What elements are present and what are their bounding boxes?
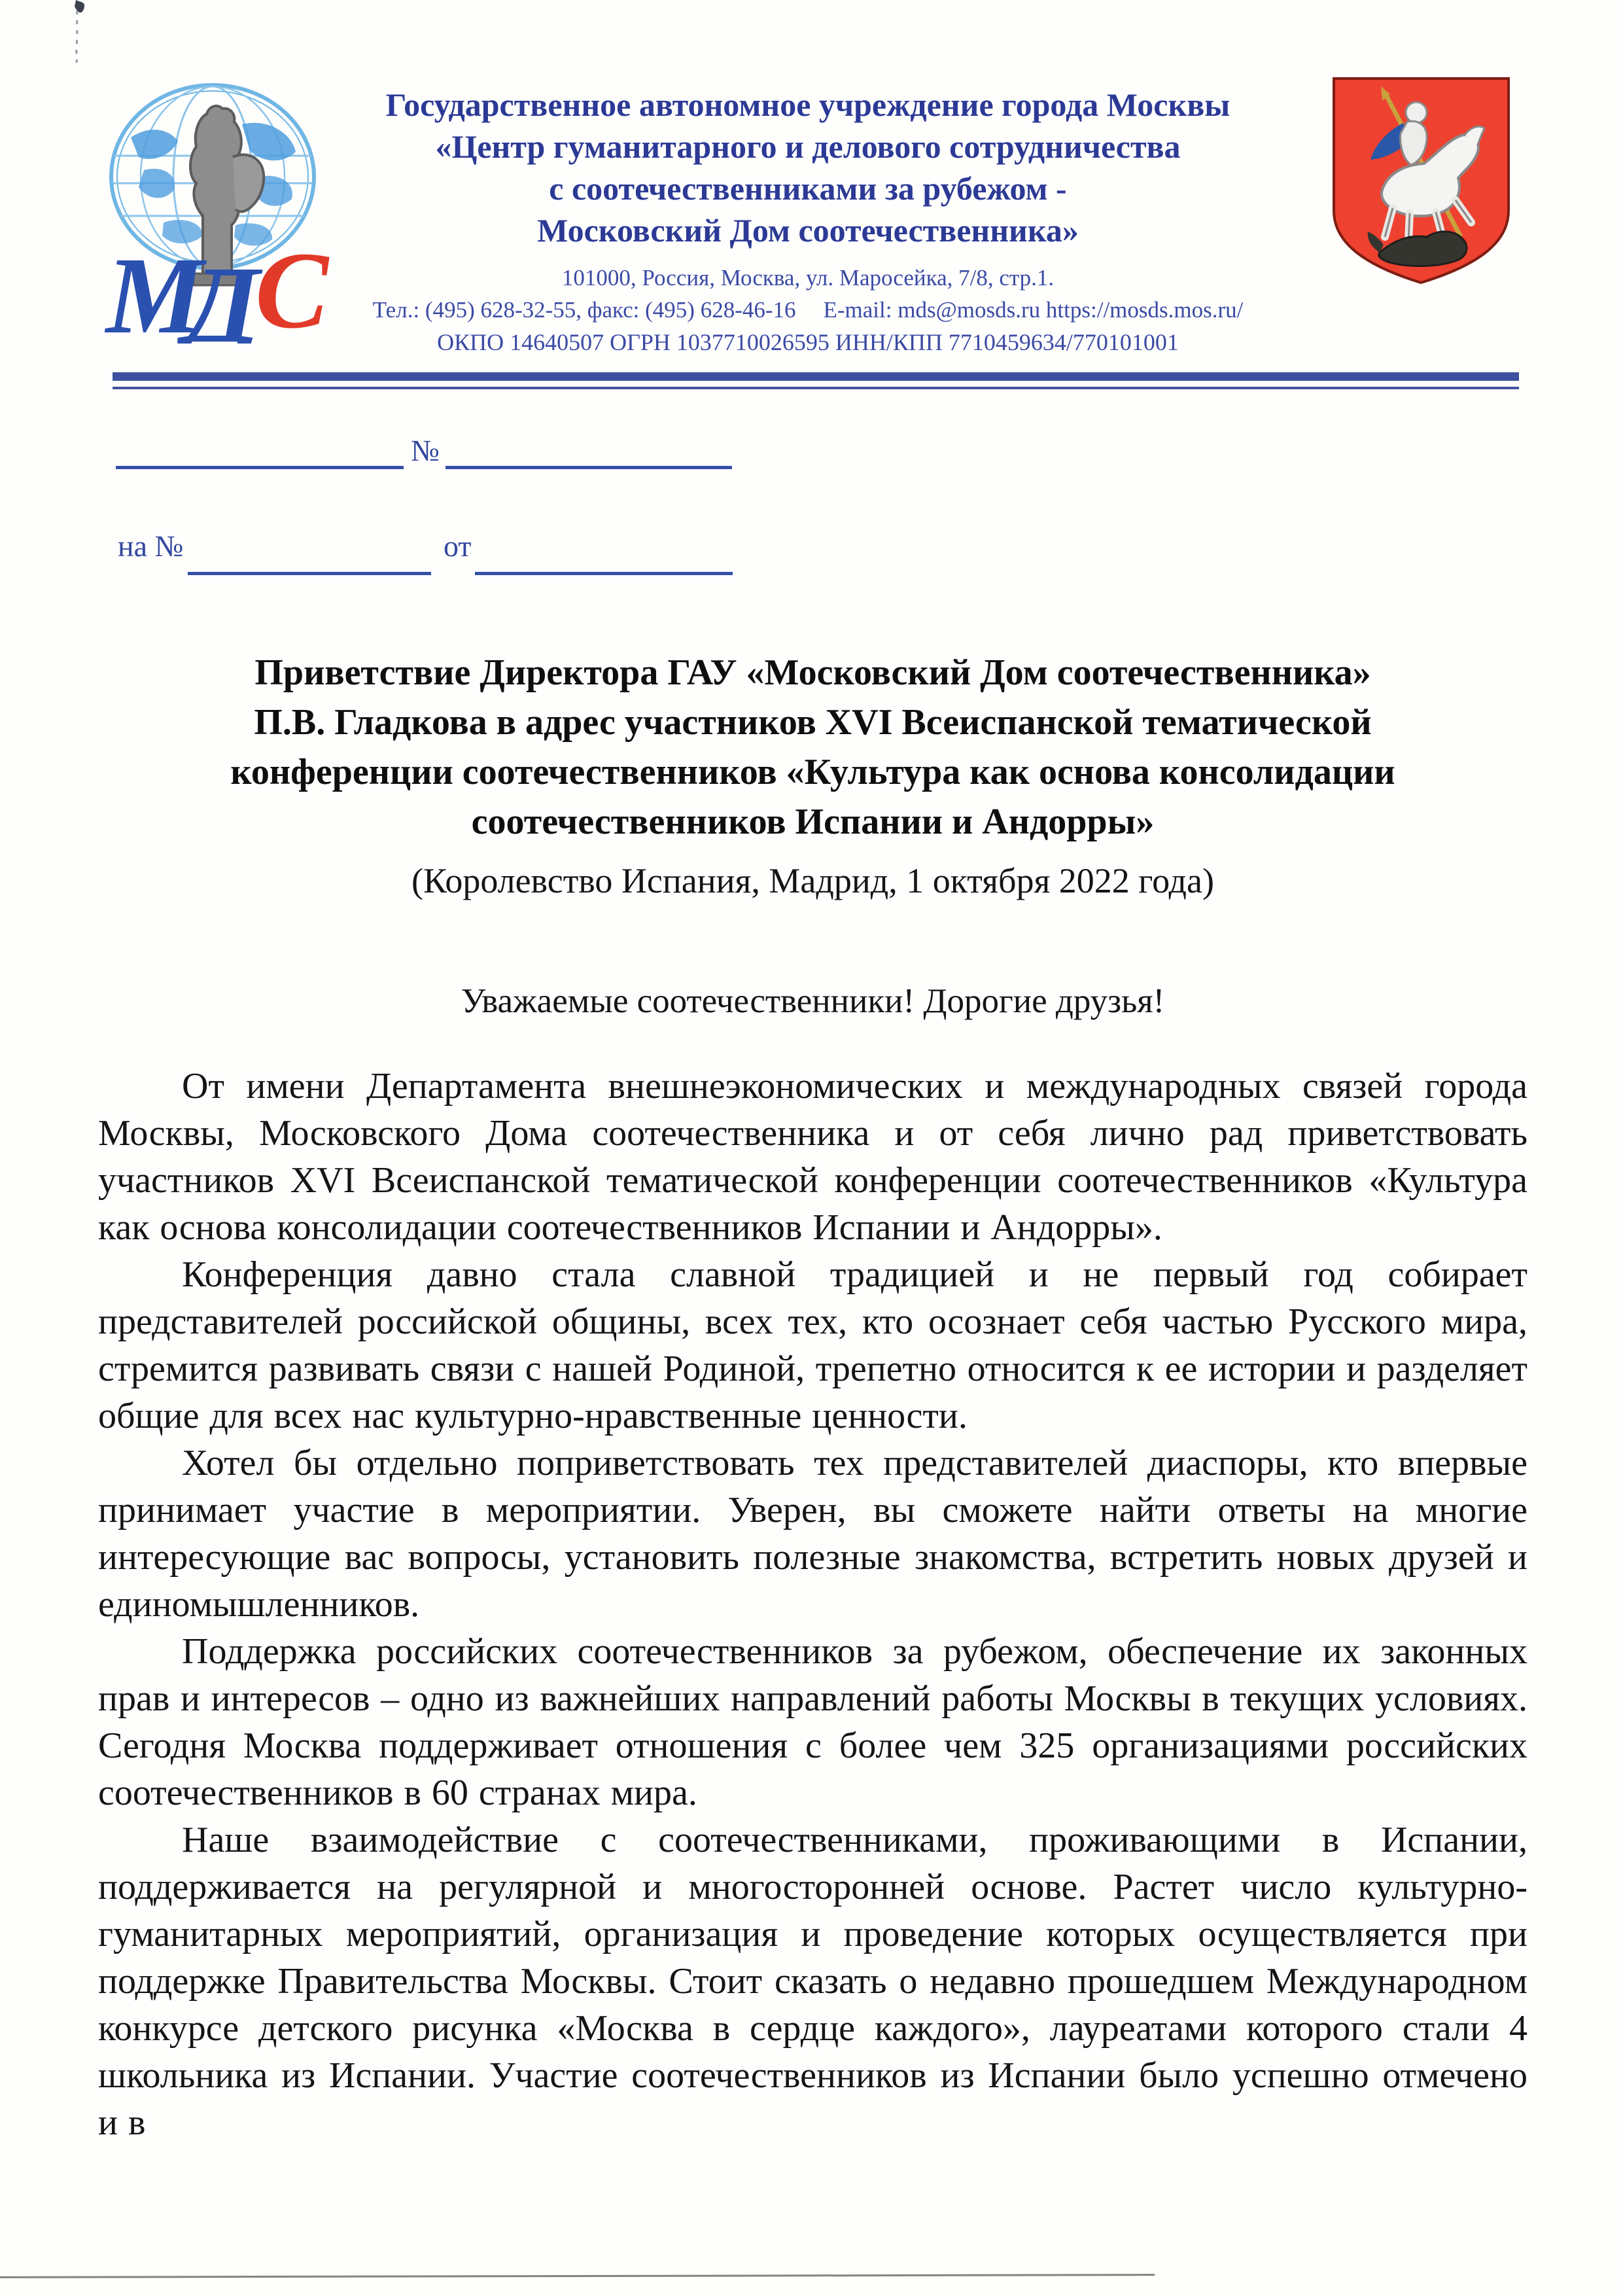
paragraph-4: Поддержка российских соотечественников з… <box>98 1628 1527 1816</box>
letter-title-line-4: соотечественников Испании и Андорры» <box>98 797 1527 847</box>
letter-body: Приветствие Директора ГАУ «Московский До… <box>98 648 1527 2146</box>
scanned-letter-page: М Д С Государственное автономное учрежде… <box>0 0 1623 2296</box>
incoming-date-blank <box>475 572 733 575</box>
outgoing-date-blank <box>116 466 404 469</box>
letter-title-line-3: конференции соотечественников «Культура … <box>98 747 1527 797</box>
org-name-line-2: «Центр гуманитарного и делового сотрудни… <box>307 126 1308 168</box>
paragraph-2: Конференция давно стала славной традицие… <box>98 1251 1527 1439</box>
postal-address: 101000, Россия, Москва, ул. Маросейка, 7… <box>307 262 1308 294</box>
letter-title-line-2: П.В. Гладкова в адрес участников XVI Все… <box>98 698 1527 747</box>
email-website: E-mail: mds@mosds.ru https://mosds.mos.r… <box>824 297 1244 323</box>
letter-subtitle: (Королевство Испания, Мадрид, 1 октября … <box>98 856 1527 906</box>
logo-letter-d: Д <box>176 244 263 344</box>
landmass-shape <box>131 130 178 159</box>
in-reply-to-label: на № <box>118 531 183 561</box>
letterhead-contacts: 101000, Россия, Москва, ул. Маросейка, 7… <box>307 262 1308 359</box>
from-date-label: от <box>444 531 472 561</box>
org-name-line-3: с соотечественниками за рубежом - <box>307 168 1308 209</box>
outgoing-number-blank <box>445 466 732 469</box>
mds-logo: М Д С <box>105 79 330 347</box>
paragraph-3: Хотел бы отдельно поприветствовать тех п… <box>98 1439 1527 1628</box>
org-name-line-4: Московский Дом соотечественника» <box>307 209 1308 251</box>
letterhead-rule-thick <box>113 372 1519 381</box>
letter-title-line-1: Приветствие Директора ГАУ «Московский До… <box>98 648 1527 698</box>
letterhead-rule-thin <box>113 387 1519 389</box>
scan-artifact-line <box>0 2274 1155 2278</box>
moscow-coat-of-arms <box>1325 72 1518 294</box>
org-name-line-1: Государственное автономное учреждение го… <box>307 84 1308 126</box>
letter-paragraphs: От имени Департамента внешнеэкономически… <box>98 1063 1527 2146</box>
phone-email-line: Тел.: (495) 628-32-55, факс: (495) 628-4… <box>307 294 1308 326</box>
paragraph-1: От имени Департамента внешнеэкономически… <box>98 1063 1527 1251</box>
number-sign-label: № <box>411 436 440 466</box>
registration-codes: ОКПО 14640507 ОГРН 1037710026595 ИНН/КПП… <box>307 326 1308 359</box>
paragraph-5: Наше взаимодействие с соотечественниками… <box>98 1816 1527 2146</box>
incoming-number-blank <box>188 572 431 575</box>
phone-fax: Тел.: (495) 628-32-55, факс: (495) 628-4… <box>373 297 796 323</box>
salutation: Уважаемые соотечественники! Дорогие друз… <box>98 978 1527 1025</box>
letterhead: Государственное автономное учреждение го… <box>307 84 1308 359</box>
pen-mark <box>58 0 103 65</box>
